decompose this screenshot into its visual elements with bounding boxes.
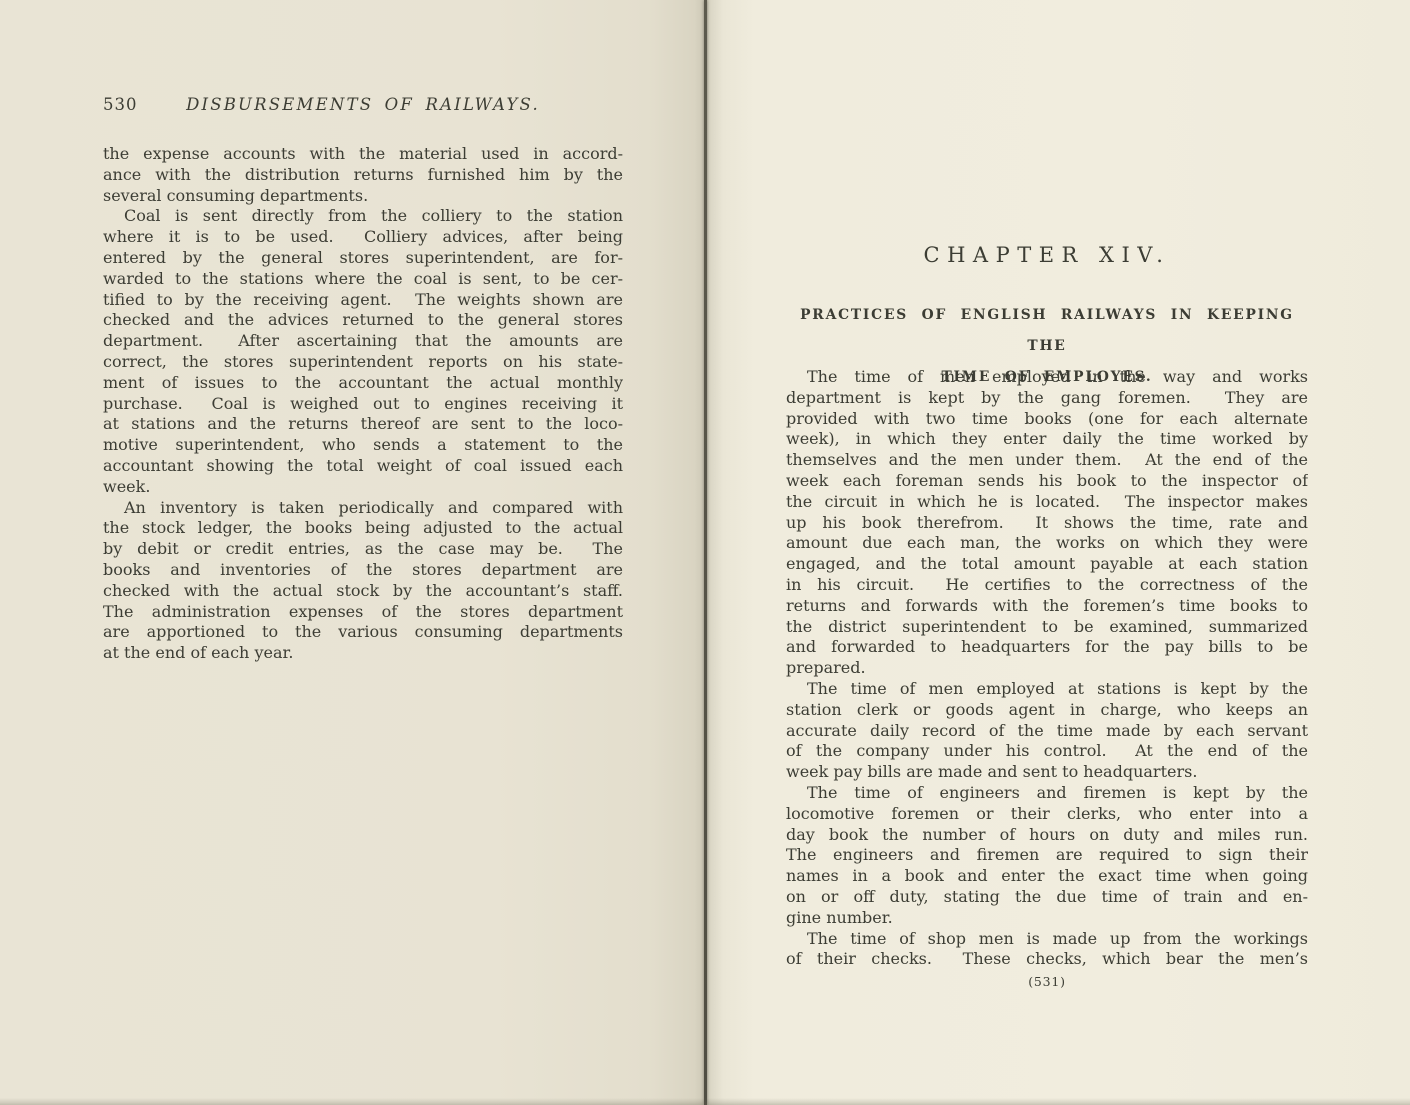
text-line: amount due each man, the works on which … [786, 533, 1308, 554]
text-line: The time of men employed at stations is … [786, 679, 1308, 700]
text-line: The engineers and firemen are required t… [786, 845, 1308, 866]
text-line: of the company under his control. At the… [786, 741, 1308, 762]
page-right: CHAPTER XIV. PRACTICES OF ENGLISH RAILWA… [705, 0, 1410, 1105]
right-text-block: CHAPTER XIV. PRACTICES OF ENGLISH RAILWA… [786, 0, 1308, 1105]
text-line: week. [103, 477, 623, 498]
text-line: purchase. Coal is weighed out to engines… [103, 394, 623, 415]
text-line: up his book therefrom. It shows the time… [786, 513, 1308, 534]
text-line: themselves and the men under them. At th… [786, 450, 1308, 471]
text-line: week pay bills are made and sent to head… [786, 762, 1308, 783]
page-left: 530 DISBURSEMENTS OF RAILWAYS. the expen… [0, 0, 705, 1105]
text-line: accurate daily record of the time made b… [786, 721, 1308, 742]
text-line: station clerk or goods agent in charge, … [786, 700, 1308, 721]
text-line: department is kept by the gang foremen. … [786, 388, 1308, 409]
text-line: department. After ascertaining that the … [103, 331, 623, 352]
left-page-body: the expense accounts with the material u… [103, 144, 623, 664]
text-line: prepared. [786, 658, 1308, 679]
book-spine [704, 0, 707, 1105]
page-number-left: 530 [103, 95, 138, 114]
text-line: The time of men employed in the way and … [786, 367, 1308, 388]
text-line: The time of engineers and firemen is kep… [786, 783, 1308, 804]
text-line: Coal is sent directly from the colliery … [103, 206, 623, 227]
text-line: engaged, and the total amount payable at… [786, 554, 1308, 575]
text-line: books and inventories of the stores depa… [103, 560, 623, 581]
text-line: provided with two time books (one for ea… [786, 409, 1308, 430]
chapter-subtitle-line1: PRACTICES OF ENGLISH RAILWAYS IN KEEPING… [800, 307, 1294, 354]
text-line: checked and the advices returned to the … [103, 310, 623, 331]
left-running-header: 530 DISBURSEMENTS OF RAILWAYS. [103, 95, 623, 119]
text-line: entered by the general stores superinten… [103, 248, 623, 269]
text-line: the district superintendent to be examin… [786, 617, 1308, 638]
text-line: checked with the actual stock by the acc… [103, 581, 623, 602]
text-line: of their checks. These checks, which bea… [786, 949, 1308, 970]
page-number-right: (531) [786, 974, 1308, 989]
text-line: returns and forwards with the foremen’s … [786, 596, 1308, 617]
text-line: several consuming departments. [103, 186, 623, 207]
text-line: week), in which they enter daily the tim… [786, 429, 1308, 450]
text-line: ment of issues to the accountant the act… [103, 373, 623, 394]
text-line: where it is to be used. Colliery advices… [103, 227, 623, 248]
book-spread: 530 DISBURSEMENTS OF RAILWAYS. the expen… [0, 0, 1410, 1105]
text-line: locomotive foremen or their clerks, who … [786, 804, 1308, 825]
page-bottom-shadow [0, 1098, 1410, 1105]
text-line: at stations and the returns thereof are … [103, 414, 623, 435]
text-line: warded to the stations where the coal is… [103, 269, 623, 290]
text-line: the circuit in which he is located. The … [786, 492, 1308, 513]
text-line: in his circuit. He certifies to the corr… [786, 575, 1308, 596]
text-line: by debit or credit entries, as the case … [103, 539, 623, 560]
text-line: on or off duty, stating the due time of … [786, 887, 1308, 908]
text-line: motive superintendent, who sends a state… [103, 435, 623, 456]
text-line: ance with the distribution returns furni… [103, 165, 623, 186]
text-line: tified to by the receiving agent. The we… [103, 290, 623, 311]
text-line: are apportioned to the various consuming… [103, 622, 623, 643]
text-line: the expense accounts with the material u… [103, 144, 623, 165]
chapter-heading: CHAPTER XIV. [786, 243, 1308, 267]
text-line: at the end of each year. [103, 643, 623, 664]
text-line: and forwarded to headquarters for the pa… [786, 637, 1308, 658]
text-line: An inventory is taken periodically and c… [103, 498, 623, 519]
text-line: week each foreman sends his book to the … [786, 471, 1308, 492]
text-line: day book the number of hours on duty and… [786, 825, 1308, 846]
text-line: the stock ledger, the books being adjust… [103, 518, 623, 539]
text-line: names in a book and enter the exact time… [786, 866, 1308, 887]
text-line: accountant showing the total weight of c… [103, 456, 623, 477]
running-head-title: DISBURSEMENTS OF RAILWAYS. [103, 95, 623, 114]
right-page-body: The time of men employed in the way and … [786, 367, 1308, 970]
text-line: correct, the stores superintendent repor… [103, 352, 623, 373]
text-line: The administration expenses of the store… [103, 602, 623, 623]
text-line: gine number. [786, 908, 1308, 929]
left-text-block: 530 DISBURSEMENTS OF RAILWAYS. the expen… [103, 0, 623, 1105]
text-line: The time of shop men is made up from the… [786, 929, 1308, 950]
